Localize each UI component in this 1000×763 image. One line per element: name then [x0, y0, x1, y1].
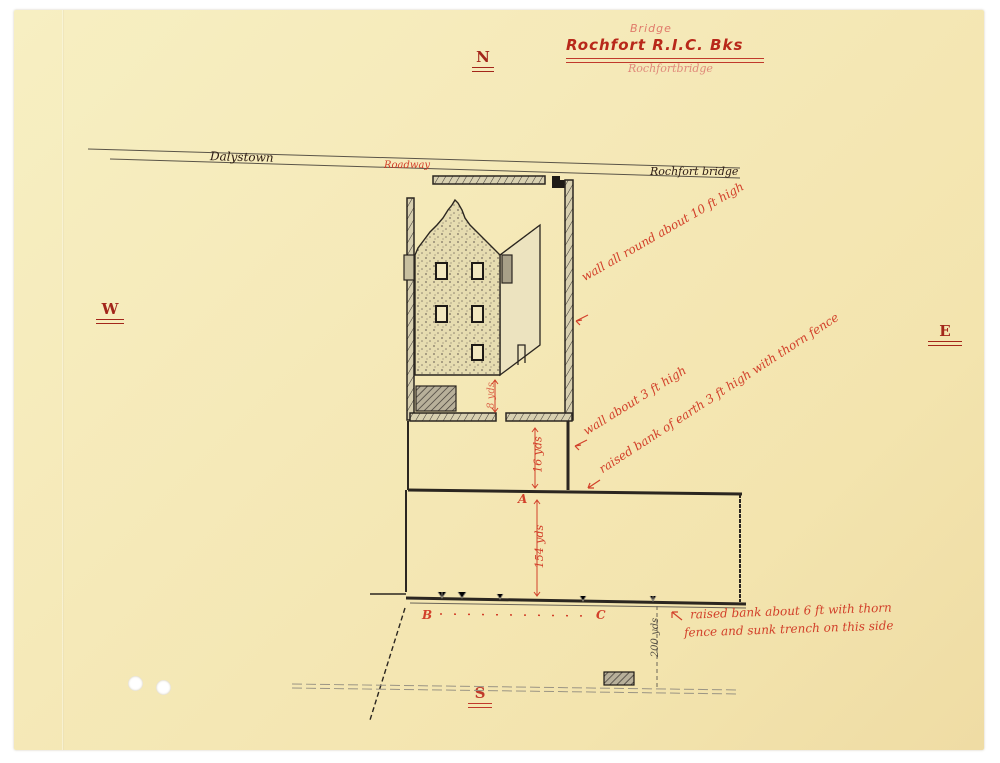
- road-label-rochfort-bridge: Rochfort bridge: [650, 165, 738, 178]
- site-plan-drawing: [0, 0, 1000, 763]
- point-c: C: [596, 608, 606, 622]
- front-wall-right: [506, 413, 572, 421]
- measurement-yard: 8 yds: [486, 382, 497, 409]
- garden-enclosure: [408, 421, 742, 494]
- measurement-to-road: 200 yds: [650, 618, 661, 657]
- point-a: A: [518, 492, 527, 506]
- point-b: B: [422, 608, 432, 622]
- line-b-c: [440, 614, 590, 616]
- road-label-dalystown: Dalystown: [210, 149, 274, 165]
- small-building-south: [604, 672, 634, 685]
- southern-road: [292, 684, 740, 690]
- measurement-garden: 16 yds: [532, 436, 545, 472]
- annotation-arrows: [575, 315, 682, 620]
- front-wall-left: [410, 413, 496, 421]
- footpath: [370, 608, 405, 720]
- measurement-field: 154 yds: [533, 525, 546, 568]
- road-label-roadway: Roadway: [384, 160, 430, 171]
- west-wall: [407, 198, 414, 420]
- field-enclosure: [370, 490, 746, 608]
- shed: [416, 386, 456, 411]
- east-wall: [565, 180, 573, 420]
- north-wall: [433, 176, 545, 184]
- barracks-building: [404, 200, 540, 375]
